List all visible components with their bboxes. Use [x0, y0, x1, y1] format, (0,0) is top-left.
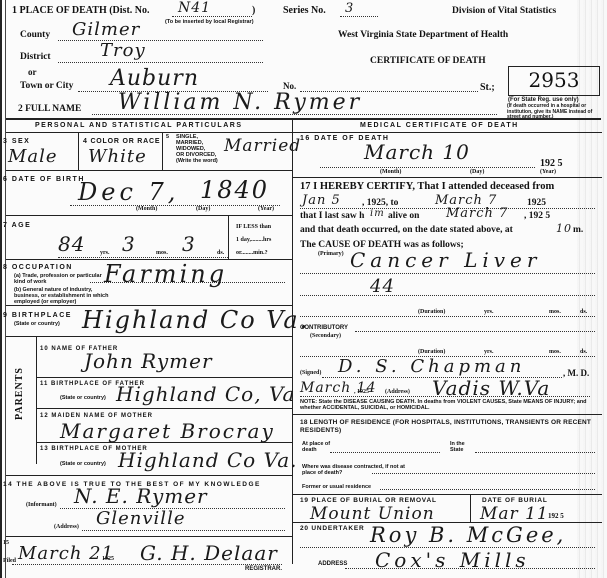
divider: [470, 494, 471, 522]
sex-label: 3 SEX: [3, 138, 30, 145]
filed-year: 1925: [102, 556, 114, 562]
death-time: 10: [556, 222, 572, 235]
date-of-death-value: March 10: [364, 140, 470, 164]
date-of-death-year: 192 5: [540, 158, 563, 169]
last-saw-him: im: [370, 208, 385, 219]
sex-value: Male: [8, 146, 58, 167]
burial-year: 192 5: [548, 512, 564, 520]
less-than-line-2: 1 day,........hrs: [236, 237, 271, 243]
informant-value: N. E. Rymer: [74, 484, 208, 508]
age-days: 3: [182, 232, 196, 256]
full-name-label: 2 FULL NAME: [18, 104, 81, 114]
divider: [6, 132, 292, 133]
full-name-value: William N. Rymer: [118, 90, 362, 115]
occupation-line: [90, 282, 285, 283]
series-label: Series No.: [283, 5, 326, 16]
occupation-note-b: (b) General nature of industry, business…: [14, 287, 112, 305]
year-label: (Year): [540, 169, 556, 175]
series-line: [340, 16, 378, 17]
yrs-label: yrs.: [484, 309, 494, 315]
former-residence-line: [380, 489, 595, 490]
last-saw-date: March 7: [446, 206, 508, 221]
contributory-line: [355, 331, 595, 332]
county-value: Gilmer: [72, 19, 140, 40]
divider: [36, 336, 37, 464]
district-number: N41: [178, 0, 211, 16]
less-than-line-1: IF LESS than: [236, 224, 271, 230]
primary-cause: Cancer Liver: [350, 248, 541, 272]
center-divider: [292, 118, 293, 564]
divider: [78, 132, 79, 170]
marital-label: SINGLE, MARRIED, WIDOWED, OR DIVORCED, (…: [176, 134, 218, 164]
physician-signature: D. S. Chapman: [338, 356, 525, 377]
age-line: [58, 257, 228, 258]
note-text: NOTE: State the DISEASE CAUSING DEATH. I…: [300, 399, 596, 411]
or-label: or: [28, 67, 37, 77]
color-value: White: [88, 146, 147, 167]
undertaker-address-label: ADDRESS: [318, 561, 347, 567]
informant-address-label: (Address): [54, 524, 79, 530]
residence-title: 18 LENGTH OF RESIDENCE (FOR HOSPITALS, I…: [300, 419, 600, 434]
occupation-label: 8 OCCUPATION: [3, 264, 73, 271]
informant-address-line: [82, 530, 285, 531]
ds-label: ds.: [217, 250, 224, 256]
death-time-suffix: m.: [573, 225, 583, 235]
attended-from: Jan 5: [302, 193, 341, 208]
cause-line-1: [300, 273, 595, 274]
divider: [6, 536, 292, 537]
division-title: Division of Vital Statistics: [452, 6, 556, 16]
day-label: (Day): [470, 169, 484, 175]
divider: [36, 377, 292, 378]
filing-number: 15: [3, 540, 9, 546]
age-label: 7 AGE: [3, 222, 31, 229]
divider: [6, 215, 292, 216]
ds-label: ds.: [580, 349, 587, 355]
duration-label: (Duration): [418, 309, 445, 315]
county-line: [58, 40, 263, 41]
last-saw-year: , 192 5: [524, 211, 550, 221]
burial-date-value: Mar 11: [480, 504, 549, 524]
death-certificate: 1 PLACE OF DEATH (Dist. No. N41 ) (To be…: [0, 0, 607, 578]
divider: [228, 215, 229, 259]
divider: [6, 336, 292, 337]
divider: [6, 118, 601, 120]
mother-birthplace-note: (State or country): [60, 461, 106, 467]
undertaker-address-line: [345, 568, 595, 569]
marital-value: Married: [224, 136, 301, 156]
duration-label-2: (Duration): [418, 349, 445, 355]
attended-to-year: 1925: [527, 198, 546, 208]
st-label: St.;: [480, 82, 495, 93]
contracted-label: Where was disease contracted, if not at …: [302, 464, 412, 476]
alive-on-text: alive on: [388, 211, 419, 221]
burial-place-value: Mount Union: [310, 504, 435, 524]
county-label: County: [20, 30, 50, 40]
town-label: Town or City: [20, 81, 73, 91]
dob-label: 6 DATE OF BIRTH: [3, 176, 85, 183]
in-state-line: [475, 452, 595, 453]
burial-date-label: DATE OF BURIAL: [482, 497, 548, 504]
filed-line: [12, 564, 282, 565]
date-of-death-line: [320, 167, 535, 168]
informant-label: (Informant): [26, 502, 57, 508]
cause-line-2: [300, 295, 595, 296]
personal-section-title: PERSONAL AND STATISTICAL PARTICULARS: [35, 122, 242, 129]
registrar-label: REGISTRAR.: [245, 566, 282, 572]
contracted-line: [372, 473, 595, 474]
medical-section-title: MEDICAL CERTIFICATE OF DEATH: [360, 122, 519, 129]
less-than-line-3: or........min.?: [236, 250, 268, 256]
occurred-text: and that death occurred, on the date sta…: [300, 225, 513, 235]
place-of-death-label: 1 PLACE OF DEATH (Dist. No.: [12, 5, 150, 16]
divider: [292, 414, 602, 415]
in-state-label: In the State: [450, 441, 478, 453]
divider: [6, 170, 292, 171]
birthplace-note: (State or country): [14, 321, 60, 327]
parents-label: PARENTS: [14, 367, 25, 420]
left-border: [0, 0, 6, 578]
md-label: , M. D.: [563, 368, 589, 378]
town-value: Auburn: [110, 66, 199, 91]
divider: [36, 442, 292, 443]
birthplace-label: 9 BIRTHPLACE: [3, 312, 72, 319]
father-value: John Rymer: [84, 349, 213, 373]
undertaker-value: Roy B. McGee,: [370, 523, 566, 547]
former-residence-label: Former or usual residence: [302, 484, 371, 490]
yrs-label: yrs.: [100, 250, 110, 256]
attended-from-year: , 1925, to: [362, 198, 398, 208]
at-place-line: [330, 452, 440, 453]
informant-address-value: Glenville: [96, 508, 185, 529]
birthplace-value: Highland Co Va.: [82, 306, 309, 334]
occupation-value: Farming: [104, 260, 227, 288]
age-months: 3: [122, 232, 136, 256]
certificate-number-box: 2953: [508, 66, 600, 96]
secondary-label: (Secondary): [310, 333, 341, 339]
age-years: 84: [58, 232, 85, 256]
divider: [162, 132, 163, 170]
dist-no-note: (To be inserted by local Registrar): [165, 19, 254, 25]
occupation-note-a: (a) Trade, profession or particular kind…: [14, 273, 110, 285]
address-line: [300, 396, 590, 397]
physician-address-label: (Address): [385, 389, 410, 395]
paren-close: ): [252, 5, 255, 16]
mos-label: mos.: [549, 349, 561, 355]
mos-label: mos.: [549, 309, 561, 315]
district-value: Troy: [100, 40, 146, 61]
duration-line: [300, 316, 595, 317]
primary-label: (Primary): [318, 251, 344, 257]
registrar-signature: G. H. Delaar: [140, 541, 278, 565]
year-label: (Year): [258, 206, 274, 212]
district-label: District: [20, 52, 51, 62]
marital-label-line: (Write the word): [176, 158, 218, 164]
mos-label: mos.: [156, 250, 168, 256]
yrs-label: yrs.: [484, 349, 494, 355]
undertaker-label: 20 UNDERTAKER: [300, 525, 364, 532]
signed-year: , 1925: [354, 389, 369, 395]
month-label: (Month): [380, 169, 401, 175]
signed-label: (Signed): [300, 370, 321, 376]
divider: [292, 494, 602, 495]
mother-birthplace-value: Highland Co Va.: [118, 448, 297, 472]
filed-date: March 21: [18, 543, 114, 564]
last-saw-text: that I last saw h: [300, 211, 364, 221]
at-place-label: At place of death: [302, 441, 332, 453]
series-number: 3: [345, 1, 354, 16]
certify-text: 17 I HEREBY CERTIFY, That I attended dec…: [300, 181, 554, 192]
color-label: 4 COLOR OR RACE: [83, 138, 160, 145]
father-birthplace-value: Highland Co, Va: [116, 382, 295, 406]
district-line: [58, 62, 263, 63]
month-label: (Month): [136, 206, 157, 212]
dob-month-day: Dec 7,: [78, 178, 179, 206]
dob-line: [70, 205, 280, 206]
divider: [292, 132, 602, 133]
marital-number: 5: [166, 134, 169, 140]
father-birthplace-note: (State or country): [60, 395, 106, 401]
ds-label: ds.: [580, 309, 587, 315]
primary-note: 44: [370, 276, 395, 297]
divider: [292, 177, 602, 178]
day-label: (Day): [196, 206, 210, 212]
divider: [6, 475, 292, 476]
divider: [36, 408, 292, 409]
dob-year: 1840: [200, 176, 269, 204]
burial-place-label: 19 PLACE OF BURIAL OR REMOVAL: [300, 497, 437, 504]
dist-no-line: [172, 16, 252, 17]
certificate-title: CERTIFICATE OF DEATH: [370, 56, 486, 66]
department-title: West Virginia State Department of Health: [338, 30, 508, 40]
contributory-label: CONTRIBUTORY: [300, 325, 348, 331]
mother-value: Margaret Brocray: [60, 419, 275, 443]
